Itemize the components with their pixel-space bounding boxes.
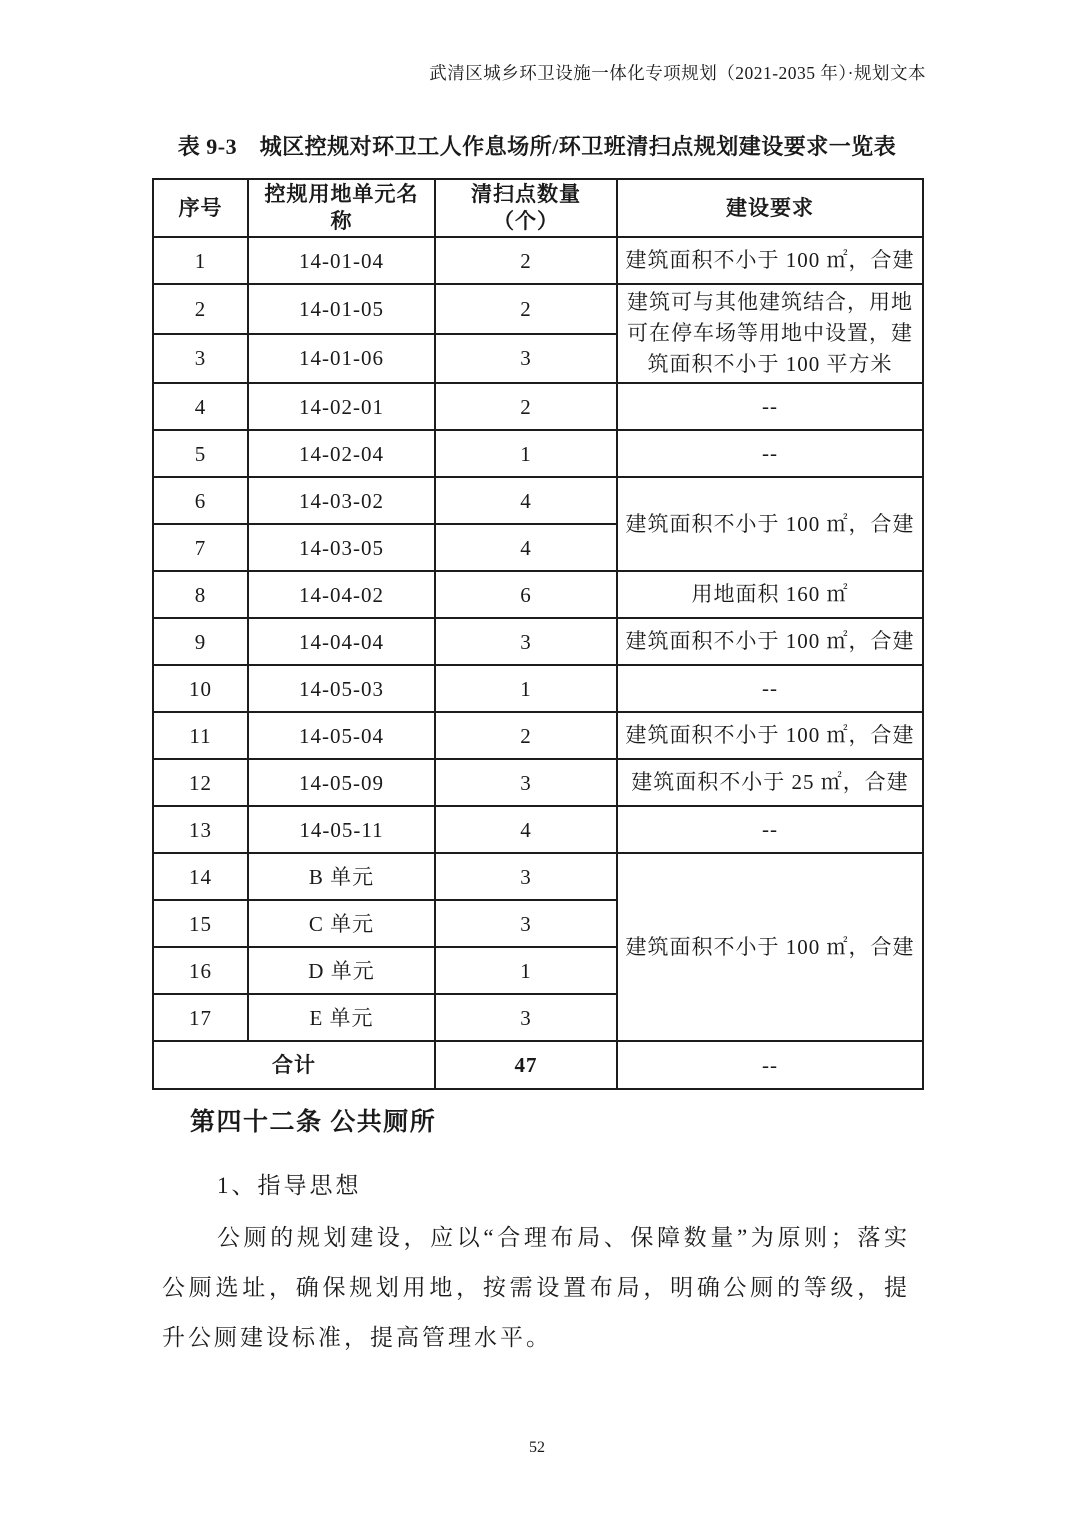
cell-no: 15 [153,900,248,947]
cell-unit: D 单元 [248,947,435,994]
table-total-row: 合计 47 -- [153,1041,923,1089]
cell-req: 建筑面积不小于 100 ㎡，合建 [617,712,923,759]
page-number: 52 [0,1438,1074,1458]
cell-no: 2 [153,284,248,334]
cell-req: -- [617,806,923,853]
table-row: 4 14-02-01 2 -- [153,383,923,430]
cell-count: 1 [435,947,617,994]
table-title: 表 9-3 城区控规对环卫工人作息场所/环卫班清扫点规划建设要求一览表 [152,133,922,161]
cell-no: 8 [153,571,248,618]
cell-no: 6 [153,477,248,524]
cell-no: 1 [153,237,248,284]
cell-unit: C 单元 [248,900,435,947]
table-row: 13 14-05-11 4 -- [153,806,923,853]
section-heading: 第四十二条 公共厕所 [190,1106,1074,1140]
table-row: 5 14-02-04 1 -- [153,430,923,477]
cell-unit: 14-01-06 [248,334,435,384]
cell-count: 4 [435,524,617,571]
cell-no: 10 [153,665,248,712]
cell-count: 3 [435,994,617,1041]
table-row: 12 14-05-09 3 建筑面积不小于 25 ㎡，合建 [153,759,923,806]
cell-no: 14 [153,853,248,900]
cell-count: 3 [435,759,617,806]
cell-no: 17 [153,994,248,1041]
cell-req-merged: 建筑面积不小于 100 ㎡，合建 [617,477,923,571]
cell-count: 2 [435,383,617,430]
table-header-row: 序号 控规用地单元名称 清扫点数量（个） 建设要求 [153,179,923,237]
cell-count: 6 [435,571,617,618]
col-header-no: 序号 [153,179,248,237]
cell-unit: 14-03-05 [248,524,435,571]
requirements-table: 序号 控规用地单元名称 清扫点数量（个） 建设要求 1 14-01-04 2 建… [152,178,924,1090]
cell-count: 1 [435,665,617,712]
page-header: 武清区城乡环卫设施一体化专项规划（2021-2035 年）·规划文本 [0,62,1074,85]
cell-req-merged: 建筑面积不小于 100 ㎡，合建 [617,853,923,1041]
cell-no: 13 [153,806,248,853]
table-row: 1 14-01-04 2 建筑面积不小于 100 ㎡，合建 [153,237,923,284]
table-row: 9 14-04-04 3 建筑面积不小于 100 ㎡，合建 [153,618,923,665]
cell-no: 9 [153,618,248,665]
total-label: 合计 [153,1041,435,1089]
cell-unit: 14-01-04 [248,237,435,284]
cell-unit: 14-02-01 [248,383,435,430]
cell-req-merged: 建筑可与其他建筑结合，用地可在停车场等用地中设置，建筑面积不小于 100 平方米 [617,284,923,383]
col-header-unit: 控规用地单元名称 [248,179,435,237]
total-count: 47 [435,1041,617,1089]
cell-unit: 14-02-04 [248,430,435,477]
cell-unit: 14-04-02 [248,571,435,618]
cell-count: 2 [435,237,617,284]
table-row: 10 14-05-03 1 -- [153,665,923,712]
table-row: 2 14-01-05 2 建筑可与其他建筑结合，用地可在停车场等用地中设置，建筑… [153,284,923,334]
cell-req: 建筑面积不小于 100 ㎡，合建 [617,618,923,665]
table-row: 8 14-04-02 6 用地面积 160 ㎡ [153,571,923,618]
page-header-text: 武清区城乡环卫设施一体化专项规划（2021-2035 年）·规划文本 [429,63,926,83]
col-header-req: 建设要求 [617,179,923,237]
cell-req: -- [617,430,923,477]
table-row: 14 B 单元 3 建筑面积不小于 100 ㎡，合建 [153,853,923,900]
cell-no: 11 [153,712,248,759]
sub-item: 1、指导思想 [217,1171,1074,1201]
cell-unit: 14-05-04 [248,712,435,759]
cell-count: 3 [435,853,617,900]
cell-no: 12 [153,759,248,806]
col-header-count: 清扫点数量（个） [435,179,617,237]
cell-count: 3 [435,900,617,947]
cell-unit: 14-03-02 [248,477,435,524]
cell-count: 2 [435,712,617,759]
cell-unit: E 单元 [248,994,435,1041]
cell-count: 4 [435,806,617,853]
cell-unit: 14-04-04 [248,618,435,665]
table-row: 11 14-05-04 2 建筑面积不小于 100 ㎡，合建 [153,712,923,759]
cell-count: 3 [435,334,617,384]
cell-unit: 14-05-11 [248,806,435,853]
cell-req: -- [617,665,923,712]
cell-req: 建筑面积不小于 100 ㎡，合建 [617,237,923,284]
cell-no: 7 [153,524,248,571]
cell-unit: 14-05-03 [248,665,435,712]
cell-count: 1 [435,430,617,477]
cell-count: 2 [435,284,617,334]
cell-unit: 14-05-09 [248,759,435,806]
total-req: -- [617,1041,923,1089]
cell-no: 4 [153,383,248,430]
cell-no: 16 [153,947,248,994]
cell-count: 3 [435,618,617,665]
body-paragraph: 公厕的规划建设，应以“合理布局、保障数量”为原则；落实公厕选址，确保规划用地，按… [162,1213,910,1363]
cell-req: 用地面积 160 ㎡ [617,571,923,618]
cell-no: 3 [153,334,248,384]
cell-unit: B 单元 [248,853,435,900]
table-row: 6 14-03-02 4 建筑面积不小于 100 ㎡，合建 [153,477,923,524]
cell-unit: 14-01-05 [248,284,435,334]
cell-no: 5 [153,430,248,477]
cell-req: -- [617,383,923,430]
cell-req: 建筑面积不小于 25 ㎡，合建 [617,759,923,806]
cell-count: 4 [435,477,617,524]
